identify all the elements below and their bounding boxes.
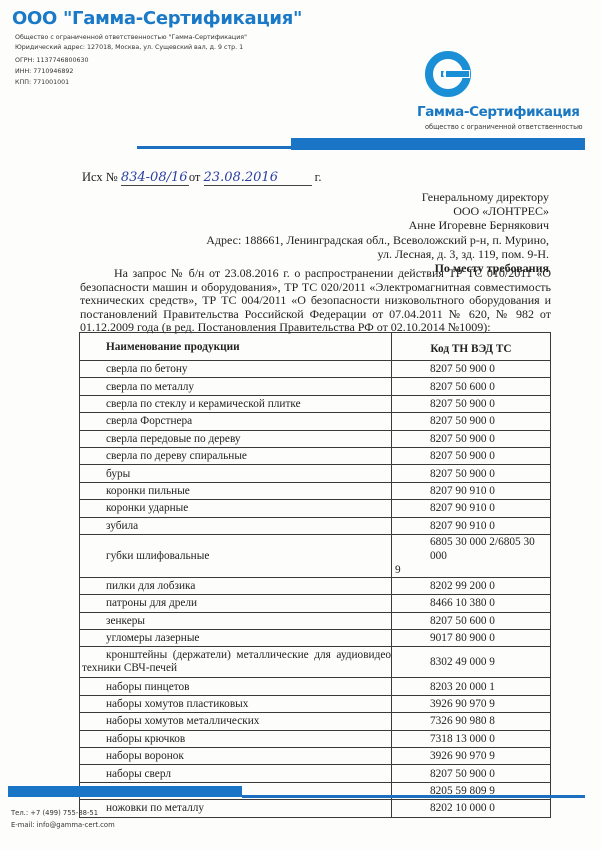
addressee-line: Адрес: 188661, Ленинградская обл., Всево… [206, 233, 549, 247]
product-name: сверла по дереву спиральные [80, 447, 392, 464]
ref-number: 834-08/16 [121, 170, 189, 186]
product-name: наборы воронок [80, 748, 392, 765]
tnved-code: 7326 90 980 8 [392, 713, 551, 730]
kpp: КПП: 771001001 [15, 79, 69, 86]
tnved-code: 8207 50 900 0 [392, 765, 551, 782]
table-row: коронки ударные8207 90 910 0 [80, 500, 551, 517]
tnved-code: 7318 13 000 0 [392, 730, 551, 747]
product-name: патроны для дрели [80, 595, 392, 612]
footer-divider-thin [242, 795, 585, 798]
table-row: наборы воронок3926 90 970 9 [80, 748, 551, 765]
tnved-code: 8207 50 900 0 [392, 361, 551, 378]
product-name: ножовки по металлу [80, 800, 392, 817]
ref-prefix: Исх № [82, 170, 118, 184]
header-tnved-code: Код ТН ВЭД ТС [392, 333, 551, 361]
outgoing-reference: Исх № 834-08/16от 23.08.2016 г. [82, 170, 322, 186]
table-row: коронки пильные8207 90 910 0 [80, 482, 551, 499]
tnved-code: 3926 90 970 9 [392, 748, 551, 765]
tnved-code: 8207 90 910 0 [392, 482, 551, 499]
addressee-line: Анне Игоревне Бернякович [206, 218, 549, 232]
legal-address: Юридический адрес: 127018, Москва, ул. С… [15, 44, 243, 51]
table-row: сверла по дереву спиральные8207 50 900 0 [80, 447, 551, 464]
product-name: сверла по металлу [80, 378, 392, 395]
product-name: кронштейны (держатели) металлические для… [80, 647, 392, 678]
table-row: буры8207 50 900 0 [80, 465, 551, 482]
addressee-line: ООО «ЛОНТРЕС» [206, 204, 549, 218]
tnved-code: 8466 10 380 0 [392, 595, 551, 612]
addressee-block: Генеральному директору ООО «ЛОНТРЕС» Анн… [206, 190, 549, 275]
tnved-code: 8207 50 900 0 [392, 430, 551, 447]
product-name: наборы пинцетов [80, 678, 392, 695]
tnved-code: 9017 80 900 0 [392, 630, 551, 647]
gamma-logo-icon [424, 50, 472, 98]
table-row: угломеры лазерные9017 80 900 0 [80, 630, 551, 647]
product-name: угломеры лазерные [80, 630, 392, 647]
tnved-code: 8202 99 200 0 [392, 577, 551, 594]
table-row: пилки для лобзика8202 99 200 0 [80, 577, 551, 594]
header-divider-thick [291, 138, 585, 150]
tnved-code-line: 6805 30 000 2/6805 30 000 [395, 535, 550, 563]
tnved-code: 8207 50 900 0 [392, 413, 551, 430]
table-row: наборы хомутов металлических7326 90 980 … [80, 713, 551, 730]
ref-date: 23.08.2016 [204, 170, 312, 186]
table-row: сверла Форстнера8207 50 900 0 [80, 413, 551, 430]
table-row: наборы пинцетов8203 20 000 1 [80, 678, 551, 695]
product-name: пилки для лобзика [80, 577, 392, 594]
company-title: ООО "Гамма-Сертификация" [12, 8, 302, 29]
table-row: кронштейны (держатели) металлические для… [80, 647, 551, 678]
table-row: зенкеры8207 50 600 0 [80, 612, 551, 629]
tnved-code: 8207 90 910 0 [392, 517, 551, 534]
tnved-code: 8207 90 910 0 [392, 500, 551, 517]
table-row: наборы хомутов пластиковых3926 90 970 9 [80, 695, 551, 712]
tnved-code-line: 9 [395, 564, 401, 576]
table-row: губки шлифовальные6805 30 000 2/6805 30 … [80, 534, 551, 577]
footer-email: E-mail: info@gamma-cert.com [11, 821, 115, 829]
tnved-code: 6805 30 000 2/6805 30 0009 [392, 534, 551, 577]
header-divider-thin [137, 146, 292, 149]
table-row: сверла передовые по дереву8207 50 900 0 [80, 430, 551, 447]
table-row: сверла по металлу8207 50 600 0 [80, 378, 551, 395]
footer-divider-thick [8, 786, 242, 797]
ogrn: ОГРН: 1137746800630 [15, 57, 89, 64]
body-text: На запрос № б/н от 23.08.2016 г. о распр… [80, 266, 551, 334]
table-row: зубила8207 90 910 0 [80, 517, 551, 534]
logo-subtitle: общество с ограниченной ответственностью [425, 123, 583, 131]
product-name: сверла по бетону [80, 361, 392, 378]
tnved-code: 3926 90 970 9 [392, 695, 551, 712]
table-row: сверла по стеклу и керамической плитке82… [80, 395, 551, 412]
tnved-code: 8207 50 600 0 [392, 612, 551, 629]
product-name: зубила [80, 517, 392, 534]
table-row: наборы сверл8207 50 900 0 [80, 765, 551, 782]
table-header-row: Наименование продукции Код ТН ВЭД ТС [80, 333, 551, 361]
product-name: буры [80, 465, 392, 482]
product-name: коронки ударные [80, 500, 392, 517]
products-table: Наименование продукции Код ТН ВЭД ТС све… [79, 332, 551, 818]
ref-suffix: г. [315, 170, 322, 184]
company-full-name: Общество с ограниченной ответственностью… [15, 34, 247, 41]
footer-phone: Тел.: +7 (499) 755-88-51 [11, 809, 98, 817]
table-row: сверла по бетону8207 50 900 0 [80, 361, 551, 378]
ref-date-prefix: от [189, 170, 201, 184]
addressee-line: Генеральному директору [206, 190, 549, 204]
logo-name: Гамма-Сертификация [417, 104, 580, 120]
product-name: губки шлифовальные [80, 534, 392, 577]
tnved-code: 8203 20 000 1 [392, 678, 551, 695]
table-row: наборы крючков7318 13 000 0 [80, 730, 551, 747]
addressee-line: ул. Лесная, д. 3, зд. 119, пом. 9-Н. [206, 247, 549, 261]
tnved-code: 8207 50 600 0 [392, 378, 551, 395]
product-name: сверла передовые по дереву [80, 430, 392, 447]
tnved-code: 8207 50 900 0 [392, 395, 551, 412]
header-product-name: Наименование продукции [80, 333, 392, 361]
tnved-code: 8302 49 000 9 [392, 647, 551, 678]
product-name: наборы сверл [80, 765, 392, 782]
table-row: патроны для дрели8466 10 380 0 [80, 595, 551, 612]
product-name: сверла по стеклу и керамической плитке [80, 395, 392, 412]
tnved-code: 8202 10 000 0 [392, 800, 551, 817]
product-name: наборы крючков [80, 730, 392, 747]
tnved-code: 8207 50 900 0 [392, 447, 551, 464]
product-name: наборы хомутов пластиковых [80, 695, 392, 712]
product-name: коронки пильные [80, 482, 392, 499]
table-row: ножовки по металлу8202 10 000 0 [80, 800, 551, 817]
product-name: сверла Форстнера [80, 413, 392, 430]
body-paragraph: На запрос № б/н от 23.08.2016 г. о распр… [80, 267, 551, 335]
product-name: зенкеры [80, 612, 392, 629]
product-name: наборы хомутов металлических [80, 713, 392, 730]
tnved-code: 8207 50 900 0 [392, 465, 551, 482]
inn: ИНН: 7710946892 [15, 68, 73, 75]
